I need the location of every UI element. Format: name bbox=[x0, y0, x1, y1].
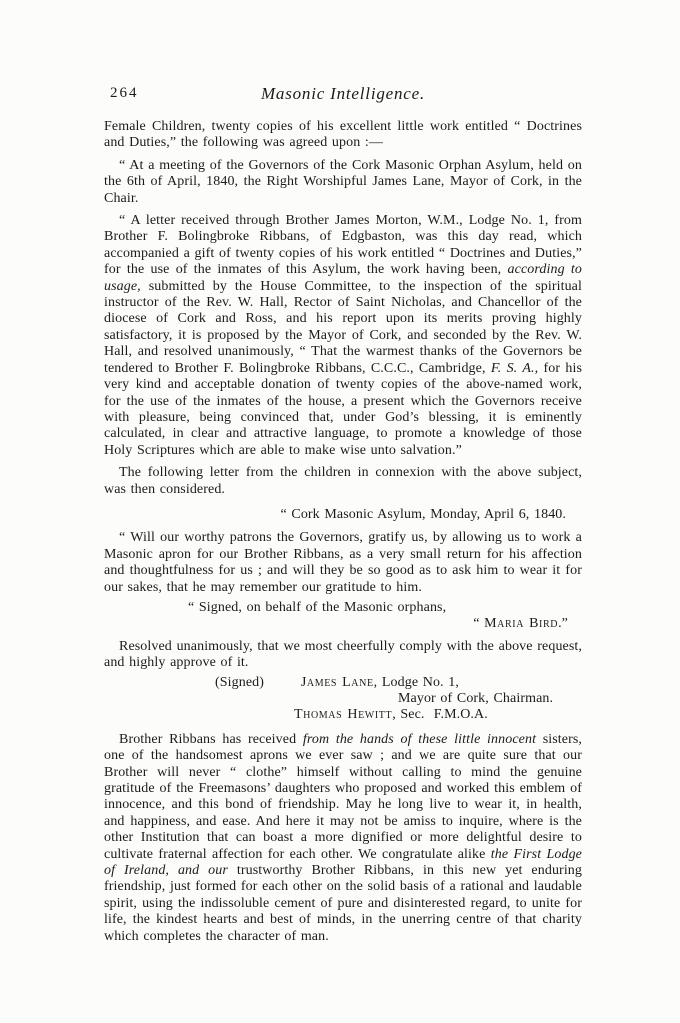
signature-mayor: Mayor of Cork, Chairman. bbox=[398, 691, 582, 707]
text-segment: (Signed) bbox=[215, 675, 301, 690]
page-header: 264 Masonic Intelligence. bbox=[104, 84, 582, 106]
paragraph-continuation: Female Children, twenty copies of his ex… bbox=[104, 119, 582, 152]
text-segment: F. S. A., bbox=[491, 361, 538, 376]
text-segment: “ bbox=[473, 616, 484, 631]
signature-behalf: “ Signed, on behalf of the Masonic orpha… bbox=[188, 600, 582, 616]
text-segment: The following letter from the children i… bbox=[104, 465, 582, 496]
text-segment: “ Signed, on behalf of the Masonic orpha… bbox=[188, 600, 446, 615]
dateline: “ Cork Masonic Asylum, Monday, April 6, … bbox=[104, 507, 582, 523]
document-page: 264 Masonic Intelligence. Female Childre… bbox=[0, 0, 680, 1023]
text-segment: .” bbox=[558, 616, 568, 631]
paragraph-meeting: “ At a meeting of the Governors of the C… bbox=[104, 158, 582, 207]
text-segment: , Sec. F.M.O.A. bbox=[392, 707, 488, 722]
text-segment: Maria Bird bbox=[484, 616, 558, 631]
text-segment: Resolved unanimously, that we most cheer… bbox=[104, 639, 582, 670]
paragraph-children-letter: “ Will our worthy patrons the Governors,… bbox=[104, 530, 582, 596]
paragraph-closing: Brother Ribbans has received from the ha… bbox=[104, 732, 582, 945]
running-title: Masonic Intelligence. bbox=[104, 84, 582, 104]
text-segment: James Lane bbox=[301, 675, 374, 690]
paragraph-resolved: Resolved unanimously, that we most cheer… bbox=[104, 639, 582, 672]
signature-maria-bird: “ Maria Bird.” bbox=[104, 616, 582, 632]
signature-secretary: Thomas Hewitt, Sec. F.M.O.A. bbox=[294, 707, 582, 723]
signature-signed-james-lane: (Signed) James Lane, Lodge No. 1, bbox=[215, 675, 582, 691]
text-segment: Thomas Hewitt bbox=[294, 707, 392, 722]
text-segment: Female Children, twenty copies of his ex… bbox=[104, 119, 582, 150]
document-body: Female Children, twenty copies of his ex… bbox=[104, 119, 582, 945]
text-segment: sisters, one of the handsomest aprons we… bbox=[104, 732, 582, 862]
paragraph-following-letter: The following letter from the children i… bbox=[104, 465, 582, 498]
text-segment: Brother Ribbans has received bbox=[119, 732, 303, 747]
text-segment: , Lodge No. 1, bbox=[374, 675, 459, 690]
text-segment: Mayor of Cork, Chairman. bbox=[398, 691, 553, 706]
text-segment: “ Cork Masonic Asylum, Monday, April 6, … bbox=[280, 507, 566, 522]
text-segment: “ At a meeting of the Governors of the C… bbox=[104, 158, 582, 206]
text-segment: from the hands of these little innocent bbox=[303, 732, 536, 747]
text-segment: “ Will our worthy patrons the Governors,… bbox=[104, 530, 582, 594]
paragraph-letter-read: “ A letter received through Brother Jame… bbox=[104, 213, 582, 459]
